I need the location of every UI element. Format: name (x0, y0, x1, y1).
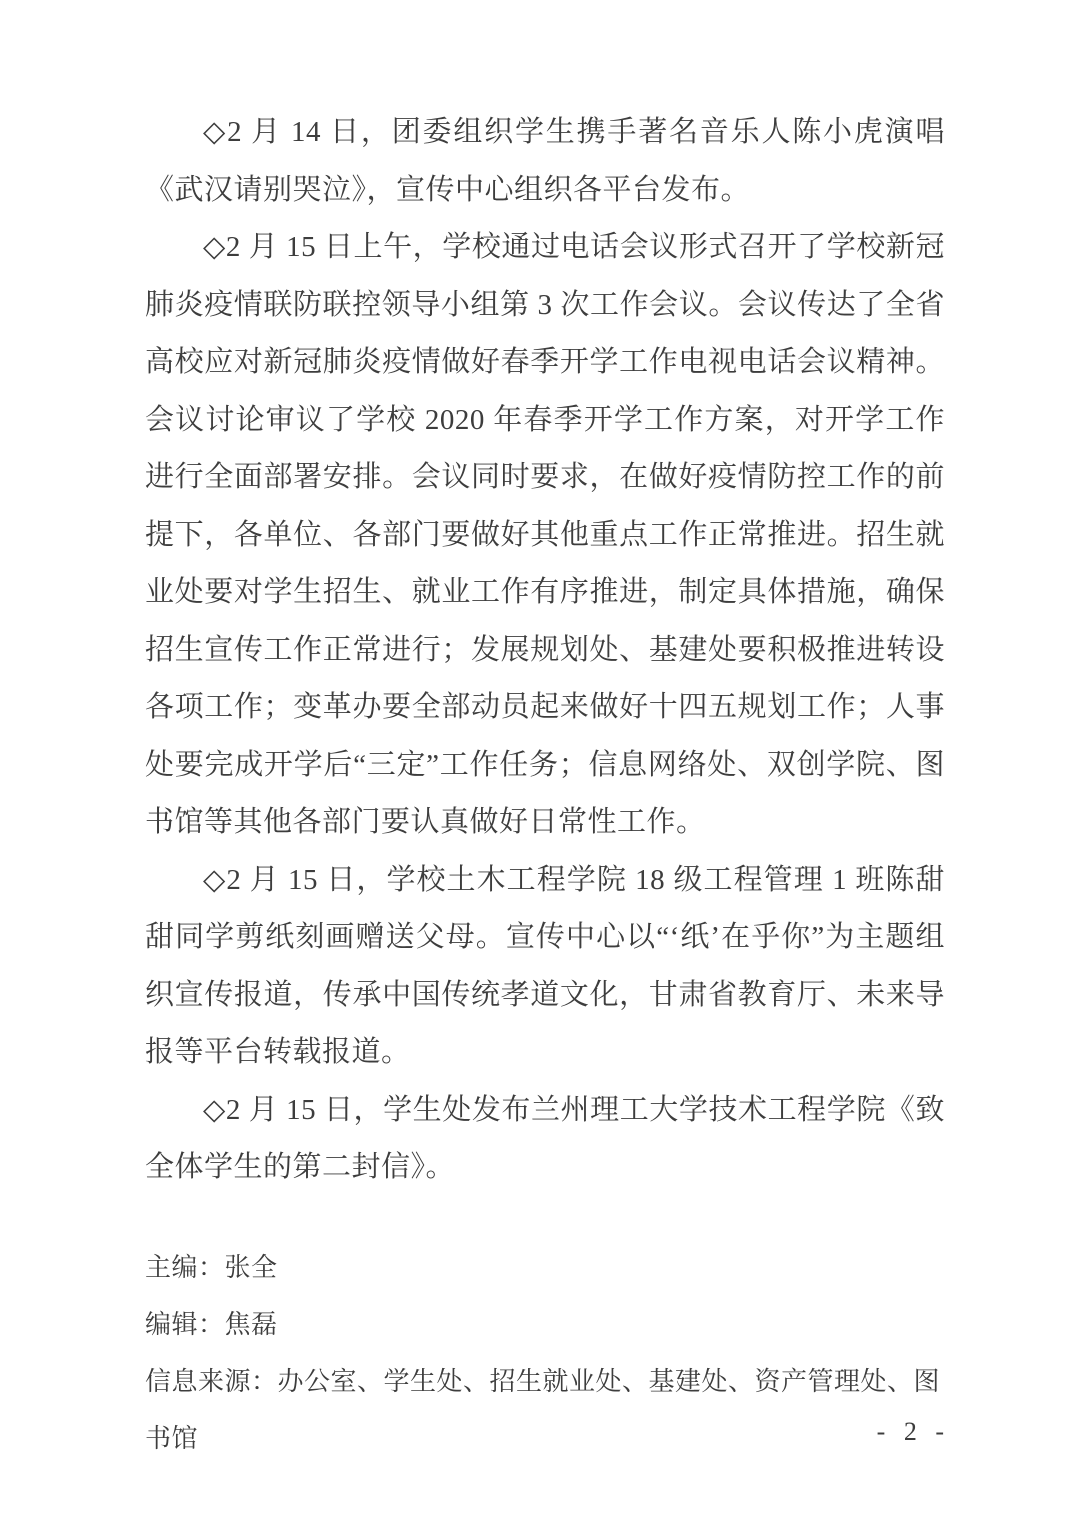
document-body: ◇2 月 14 日，团委组织学生携手著名音乐人陈小虎演唱《武汉请别哭泣》，宣传中… (145, 104, 945, 1197)
document-footer: 主编：张全 编辑：焦磊 信息来源：办公室、学生处、招生就业处、基建处、资产管理处… (145, 1239, 955, 1467)
info-source-line: 信息来源：办公室、学生处、招生就业处、基建处、资产管理处、图书馆 (145, 1353, 955, 1467)
paragraph-news-item-1: ◇2 月 14 日，团委组织学生携手著名音乐人陈小虎演唱《武汉请别哭泣》，宣传中… (145, 104, 945, 219)
editor-in-chief-line: 主编：张全 (145, 1239, 955, 1296)
editor-line: 编辑：焦磊 (145, 1296, 955, 1353)
paragraph-news-item-3: ◇2 月 15 日，学校土木工程学院 18 级工程管理 1 班陈甜甜同学剪纸刻画… (145, 852, 945, 1082)
page-number: - 2 - (877, 1412, 950, 1452)
paragraph-news-item-4: ◇2 月 15 日，学生处发布兰州理工大学技术工程学院《致全体学生的第二封信》。 (145, 1082, 945, 1197)
document-page: ◇2 月 14 日，团委组织学生携手著名音乐人陈小虎演唱《武汉请别哭泣》，宣传中… (0, 0, 1080, 1528)
paragraph-news-item-2: ◇2 月 15 日上午，学校通过电话会议形式召开了学校新冠肺炎疫情联防联控领导小… (145, 219, 945, 852)
